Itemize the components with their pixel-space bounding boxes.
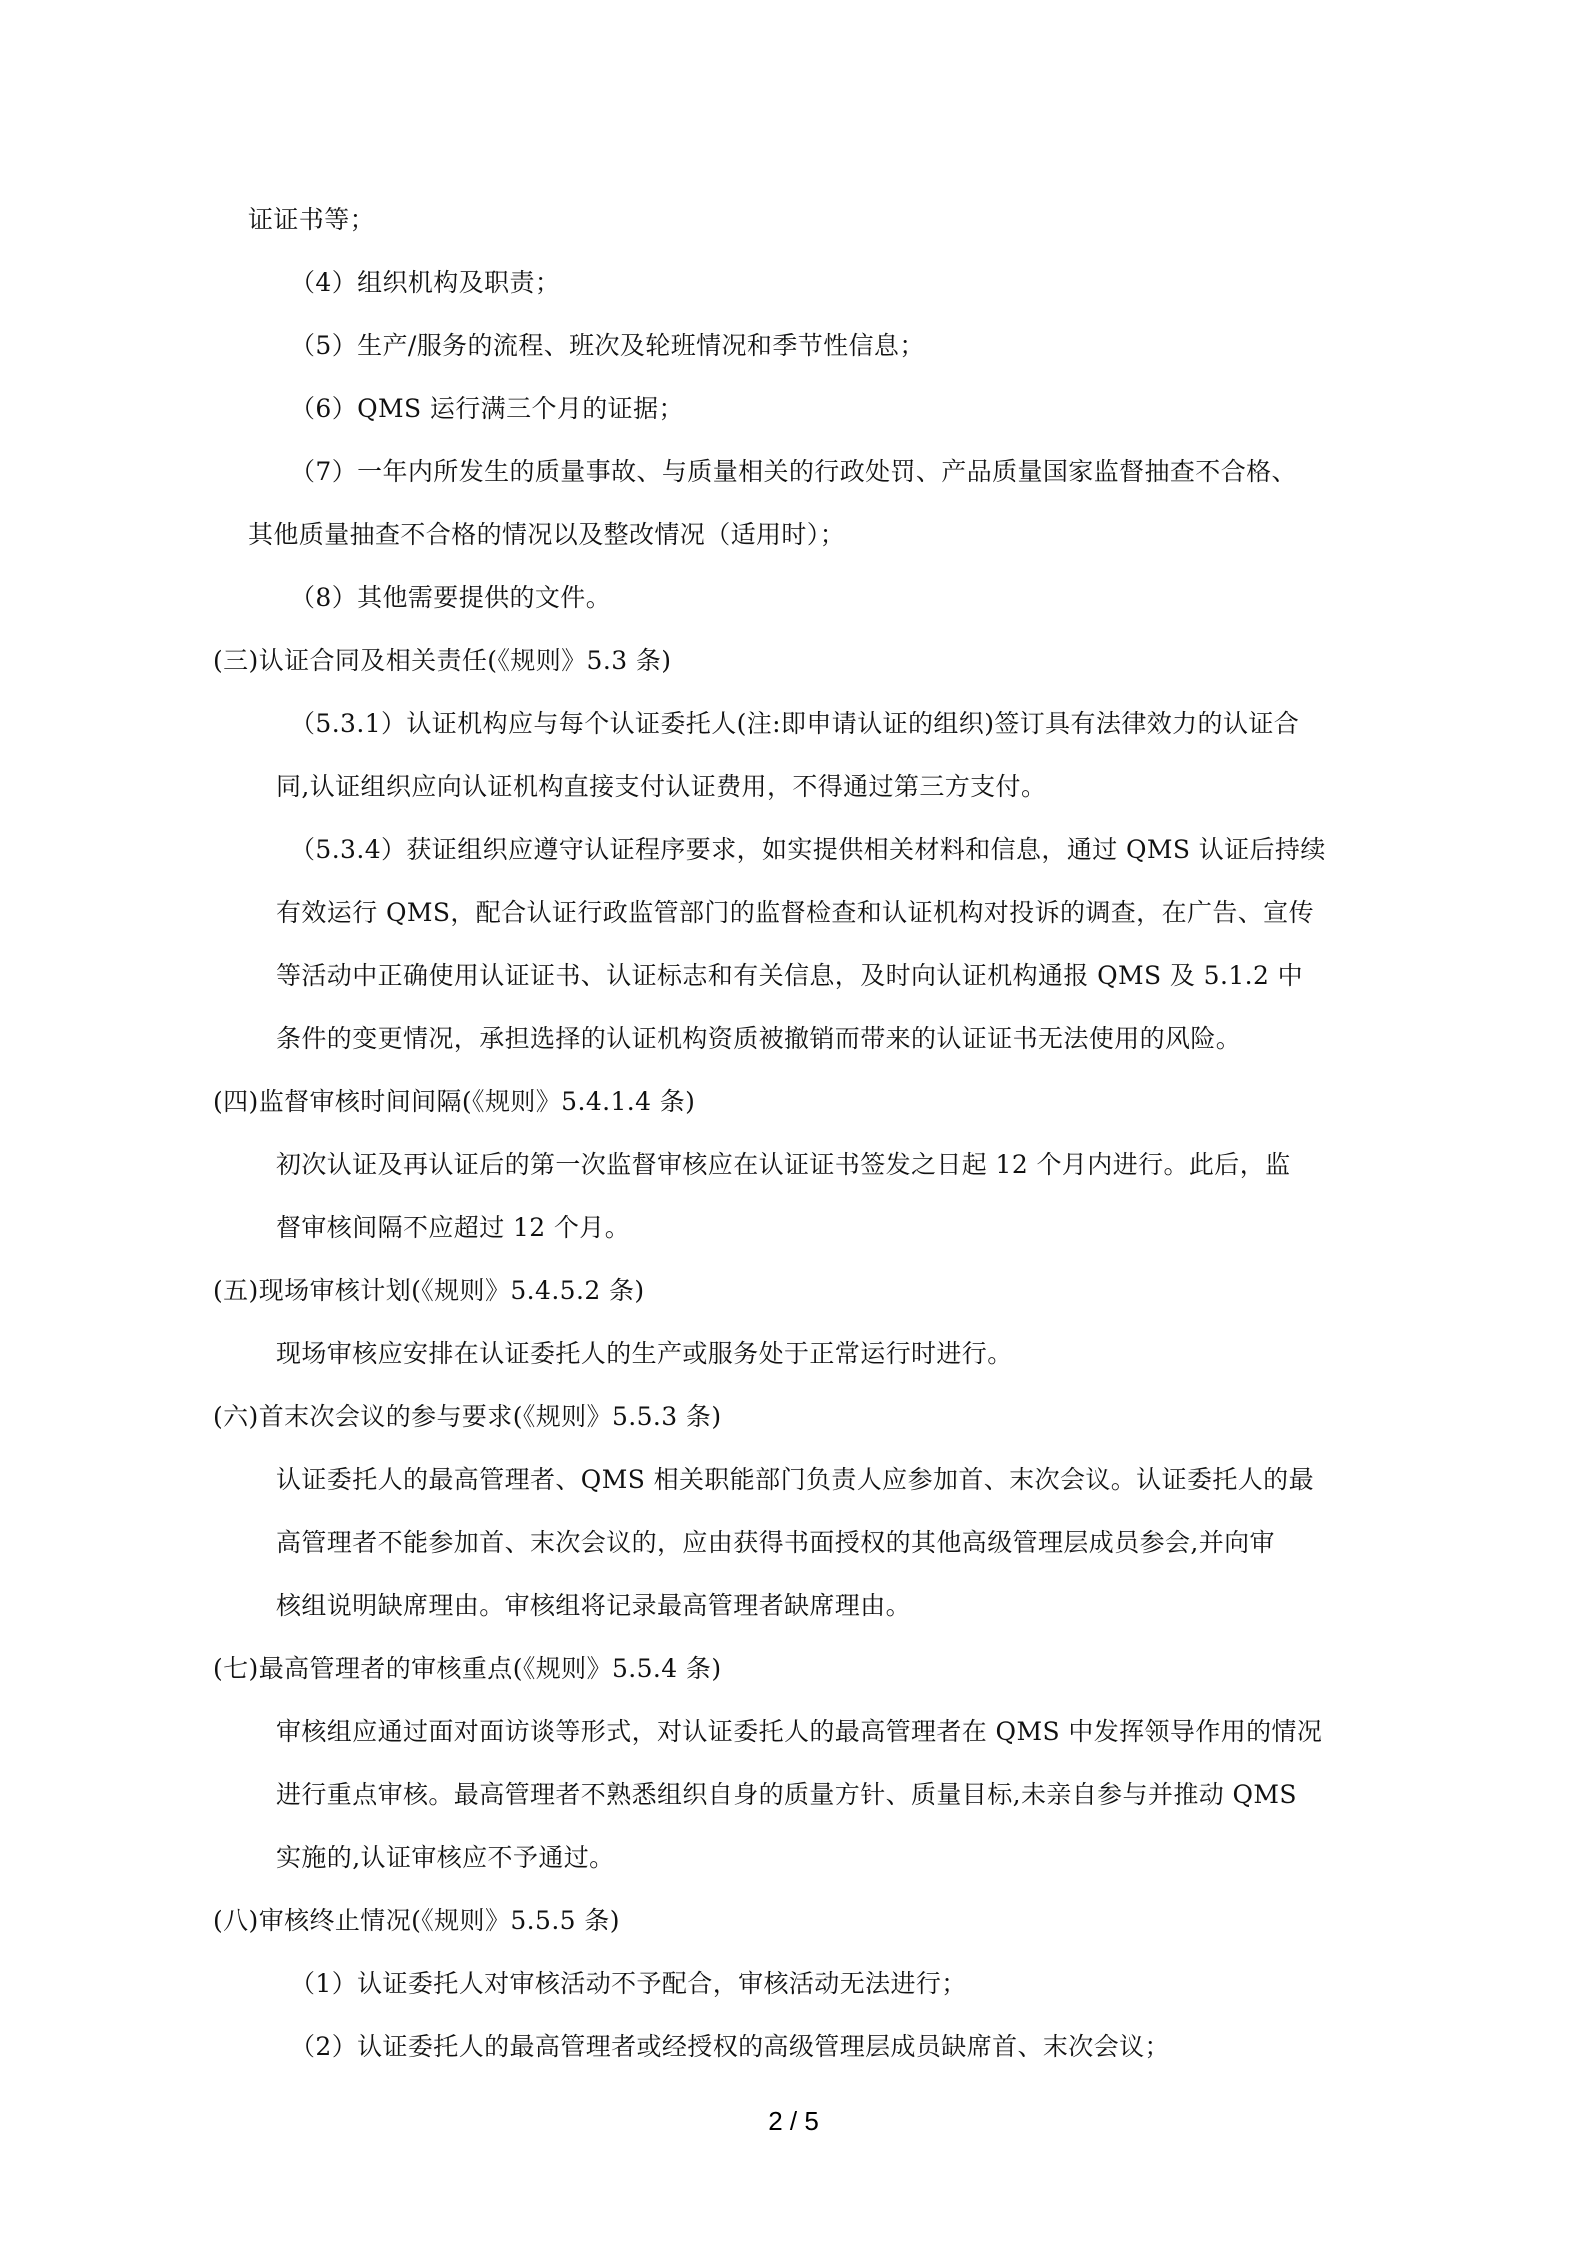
list-item: （1）认证委托人对审核活动不予配合，审核活动无法进行； bbox=[290, 1968, 967, 2000]
list-item: （2）认证委托人的最高管理者或经授权的高级管理层成员缺席首、末次会议； bbox=[290, 2031, 1170, 2063]
paragraph-line: 高管理者不能参加首、末次会议的，应由获得书面授权的其他高级管理层成员参会,并向审 bbox=[276, 1527, 1275, 1559]
paragraph-line: 认证委托人的最高管理者、QMS 相关职能部门负责人应参加首、末次会议。认证委托人… bbox=[276, 1464, 1314, 1496]
paragraph-line: 同,认证组织应向认证机构直接支付认证费用，不得通过第三方支付。 bbox=[276, 771, 1046, 803]
page-number: 2 / 5 bbox=[0, 2106, 1587, 2137]
section-heading: (六)首末次会议的参与要求(《规则》5.5.3 条) bbox=[213, 1401, 721, 1433]
list-item: （6）QMS 运行满三个月的证据； bbox=[290, 393, 684, 425]
list-item: （5）生产/服务的流程、班次及轮班情况和季节性信息； bbox=[290, 330, 925, 362]
section-heading: (三)认证合同及相关责任(《规则》5.3 条) bbox=[213, 645, 671, 677]
paragraph-line: 条件的变更情况，承担选择的认证机构资质被撤销而带来的认证证书无法使用的风险。 bbox=[276, 1023, 1241, 1055]
section-heading: (五)现场审核计划(《规则》5.4.5.2 条) bbox=[213, 1275, 645, 1307]
section-heading: (四)监督审核时间间隔(《规则》5.4.1.4 条) bbox=[213, 1086, 695, 1118]
paragraph-line: 有效运行 QMS，配合认证行政监管部门的监督检查和认证机构对投诉的调查，在广告、… bbox=[276, 897, 1314, 929]
paragraph-line: 核组说明缺席理由。审核组将记录最高管理者缺席理由。 bbox=[276, 1590, 911, 1622]
continuation-line: 其他质量抽查不合格的情况以及整改情况（适用时）； bbox=[248, 519, 845, 551]
paragraph-line: 现场审核应安排在认证委托人的生产或服务处于正常运行时进行。 bbox=[276, 1338, 1013, 1370]
paragraph-line: （5.3.4）获证组织应遵守认证程序要求，如实提供相关材料和信息，通过 QMS … bbox=[290, 834, 1326, 866]
paragraph-line: 等活动中正确使用认证证书、认证标志和有关信息，及时向认证机构通报 QMS 及 5… bbox=[276, 960, 1303, 992]
section-heading: (八)审核终止情况(《规则》5.5.5 条) bbox=[213, 1905, 620, 1937]
paragraph-line: 审核组应通过面对面访谈等形式，对认证委托人的最高管理者在 QMS 中发挥领导作用… bbox=[276, 1716, 1322, 1748]
list-item: （8）其他需要提供的文件。 bbox=[290, 582, 611, 614]
continuation-line: 证证书等； bbox=[248, 204, 375, 236]
paragraph-line: 进行重点审核。最高管理者不熟悉组织自身的质量方针、质量目标,未亲自参与并推动 Q… bbox=[276, 1779, 1297, 1811]
section-heading: (七)最高管理者的审核重点(《规则》5.5.4 条) bbox=[213, 1653, 721, 1685]
paragraph-line: 初次认证及再认证后的第一次监督审核应在认证证书签发之日起 12 个月内进行。此后… bbox=[276, 1149, 1291, 1181]
list-item: （7）一年内所发生的质量事故、与质量相关的行政处罚、产品质量国家监督抽查不合格、 bbox=[290, 456, 1297, 488]
paragraph-line: 实施的,认证审核应不予通过。 bbox=[276, 1842, 615, 1874]
paragraph-line: （5.3.1）认证机构应与每个认证委托人(注:即申请认证的组织)签订具有法律效力… bbox=[290, 708, 1299, 740]
list-item: （4）组织机构及职责； bbox=[290, 267, 560, 299]
paragraph-line: 督审核间隔不应超过 12 个月。 bbox=[276, 1212, 630, 1244]
